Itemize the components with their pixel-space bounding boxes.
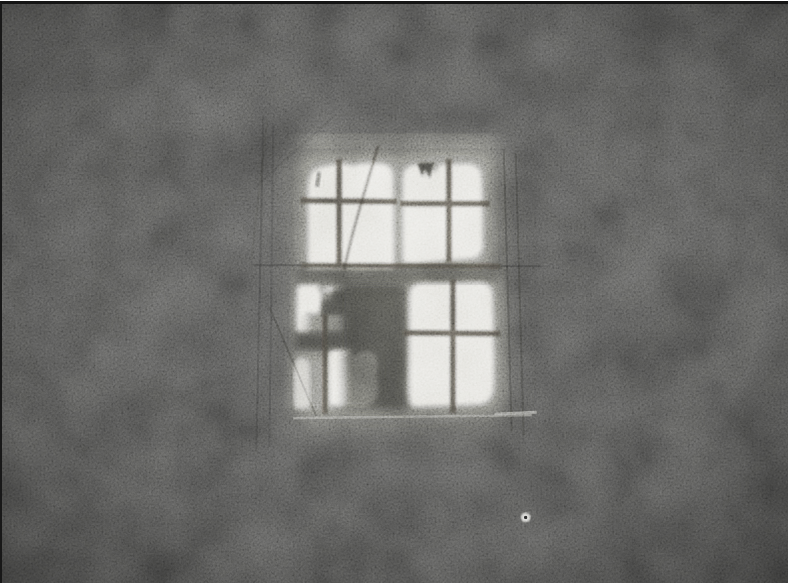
film-grain-texture — [2, 4, 788, 583]
scanned-photo-page — [0, 0, 790, 587]
photograph-night-window — [0, 1, 788, 583]
photo-canvas — [2, 4, 788, 583]
